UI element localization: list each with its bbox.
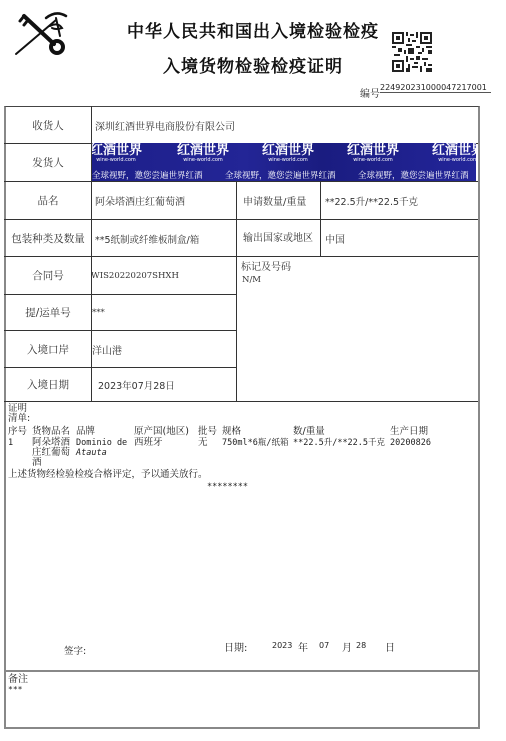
packaging-label: 包装种类及数量 <box>5 220 91 256</box>
wine-world-banner: 红酒世界wine-world.com 红酒世界wine-world.com 红酒… <box>92 143 476 181</box>
list-item-origin: 西班牙 <box>134 438 163 448</box>
product-name-value: 阿朵塔酒庄红葡萄酒 <box>95 182 235 219</box>
list-label: 清单: <box>8 414 30 424</box>
list-item-prod-date: 20200826 <box>390 438 431 448</box>
entry-date-value: 2023年07月28日 <box>98 368 233 401</box>
list-header-qty: 数/重量 <box>293 427 325 437</box>
row-divider <box>4 401 478 402</box>
masked-text: ******** <box>207 482 248 492</box>
column-divider <box>320 181 321 256</box>
consignee-label: 收货人 <box>5 107 91 143</box>
banner-slogan: 全球视野，邀您尝遍世界红酒 <box>92 169 203 181</box>
entry-port-value: 洋山港 <box>92 331 232 367</box>
list-header-seq: 序号 <box>8 427 27 437</box>
remarks-value: *** <box>8 685 22 694</box>
date-year: 2023 <box>272 641 292 650</box>
consignee-value: 深圳红酒世界电商股份有限公司 <box>95 107 475 143</box>
banner-brand: 红酒世界wine-world.com <box>347 144 399 163</box>
list-header-spec: 规格 <box>222 427 241 437</box>
marks-label: 标记及号码 <box>241 258 291 273</box>
entry-port-label: 入境口岸 <box>5 331 91 367</box>
clearance-statement: 上述货物经检验检疫合格评定，予以通关放行。 <box>8 470 208 480</box>
entry-date-label: 入境日期 <box>5 368 91 401</box>
remarks-label: 备注 <box>8 674 28 685</box>
bill-no-label: 提/运单号 <box>5 295 91 330</box>
date-label: 日期: <box>224 639 247 654</box>
origin-country-label: 输出国家或地区 <box>243 220 319 252</box>
banner-slogan: 全球视野，邀您尝遍世界红酒 <box>358 169 469 181</box>
date-day: 28 <box>356 641 366 650</box>
signature-label: 签字: <box>64 643 86 657</box>
packaging-value: **5纸制或纤维板制盒/箱 <box>95 220 235 258</box>
list-header-batch: 批号 <box>198 427 217 437</box>
certificate-section: 证明 清单: <box>8 404 30 424</box>
qr-code-icon <box>392 32 432 72</box>
list-header-name: 货物品名 <box>32 427 70 437</box>
bill-no-value: *** <box>92 295 232 330</box>
origin-country-value: 中国 <box>325 220 475 256</box>
list-header-prod-date: 生产日期 <box>390 427 428 437</box>
consignor-label: 发货人 <box>5 144 91 181</box>
serial-number: 编号224920231000047217001 <box>360 85 491 100</box>
list-item-qty: **22.5升/**22.5千克 <box>293 438 385 448</box>
banner-brand: 红酒世界wine-world.com <box>432 144 476 163</box>
banner-brand: 红酒世界wine-world.com <box>262 144 314 163</box>
contract-no-value: WIS20220207SHXH <box>91 257 231 294</box>
serial-value: 224920231000047217001 <box>380 83 491 93</box>
product-name-label: 品名 <box>5 182 91 219</box>
date-day-unit: 日 <box>385 639 395 654</box>
date-year-unit: 年 <box>298 639 308 654</box>
column-divider <box>236 181 237 401</box>
banner-brand: 红酒世界wine-world.com <box>177 144 229 163</box>
marks-value: N/M <box>242 275 261 285</box>
list-item-name: 阿朵塔酒 庄红葡萄 酒 <box>32 438 70 468</box>
row-divider <box>4 670 478 672</box>
list-item-spec: 750ml*6瓶/纸箱 <box>222 438 288 448</box>
date-month-unit: 月 <box>342 639 352 654</box>
list-item-batch: 无 <box>198 438 208 448</box>
list-header-origin: 原产国(地区) <box>134 427 189 437</box>
declared-qty-label: 申请数量/重量 <box>243 182 319 219</box>
list-header-brand: 品牌 <box>76 427 95 437</box>
list-item-brand: Dominio de Atauta <box>76 438 127 458</box>
serial-label: 编号 <box>360 89 380 100</box>
date-month: 07 <box>319 641 329 650</box>
declared-qty-value: **22.5升/**22.5千克 <box>325 182 475 219</box>
banner-slogan: 全球视野，邀您尝遍世界红酒 <box>225 169 336 181</box>
list-item-seq: 1 <box>8 438 13 448</box>
contract-no-label: 合同号 <box>5 257 91 294</box>
banner-brand: 红酒世界wine-world.com <box>92 144 142 163</box>
